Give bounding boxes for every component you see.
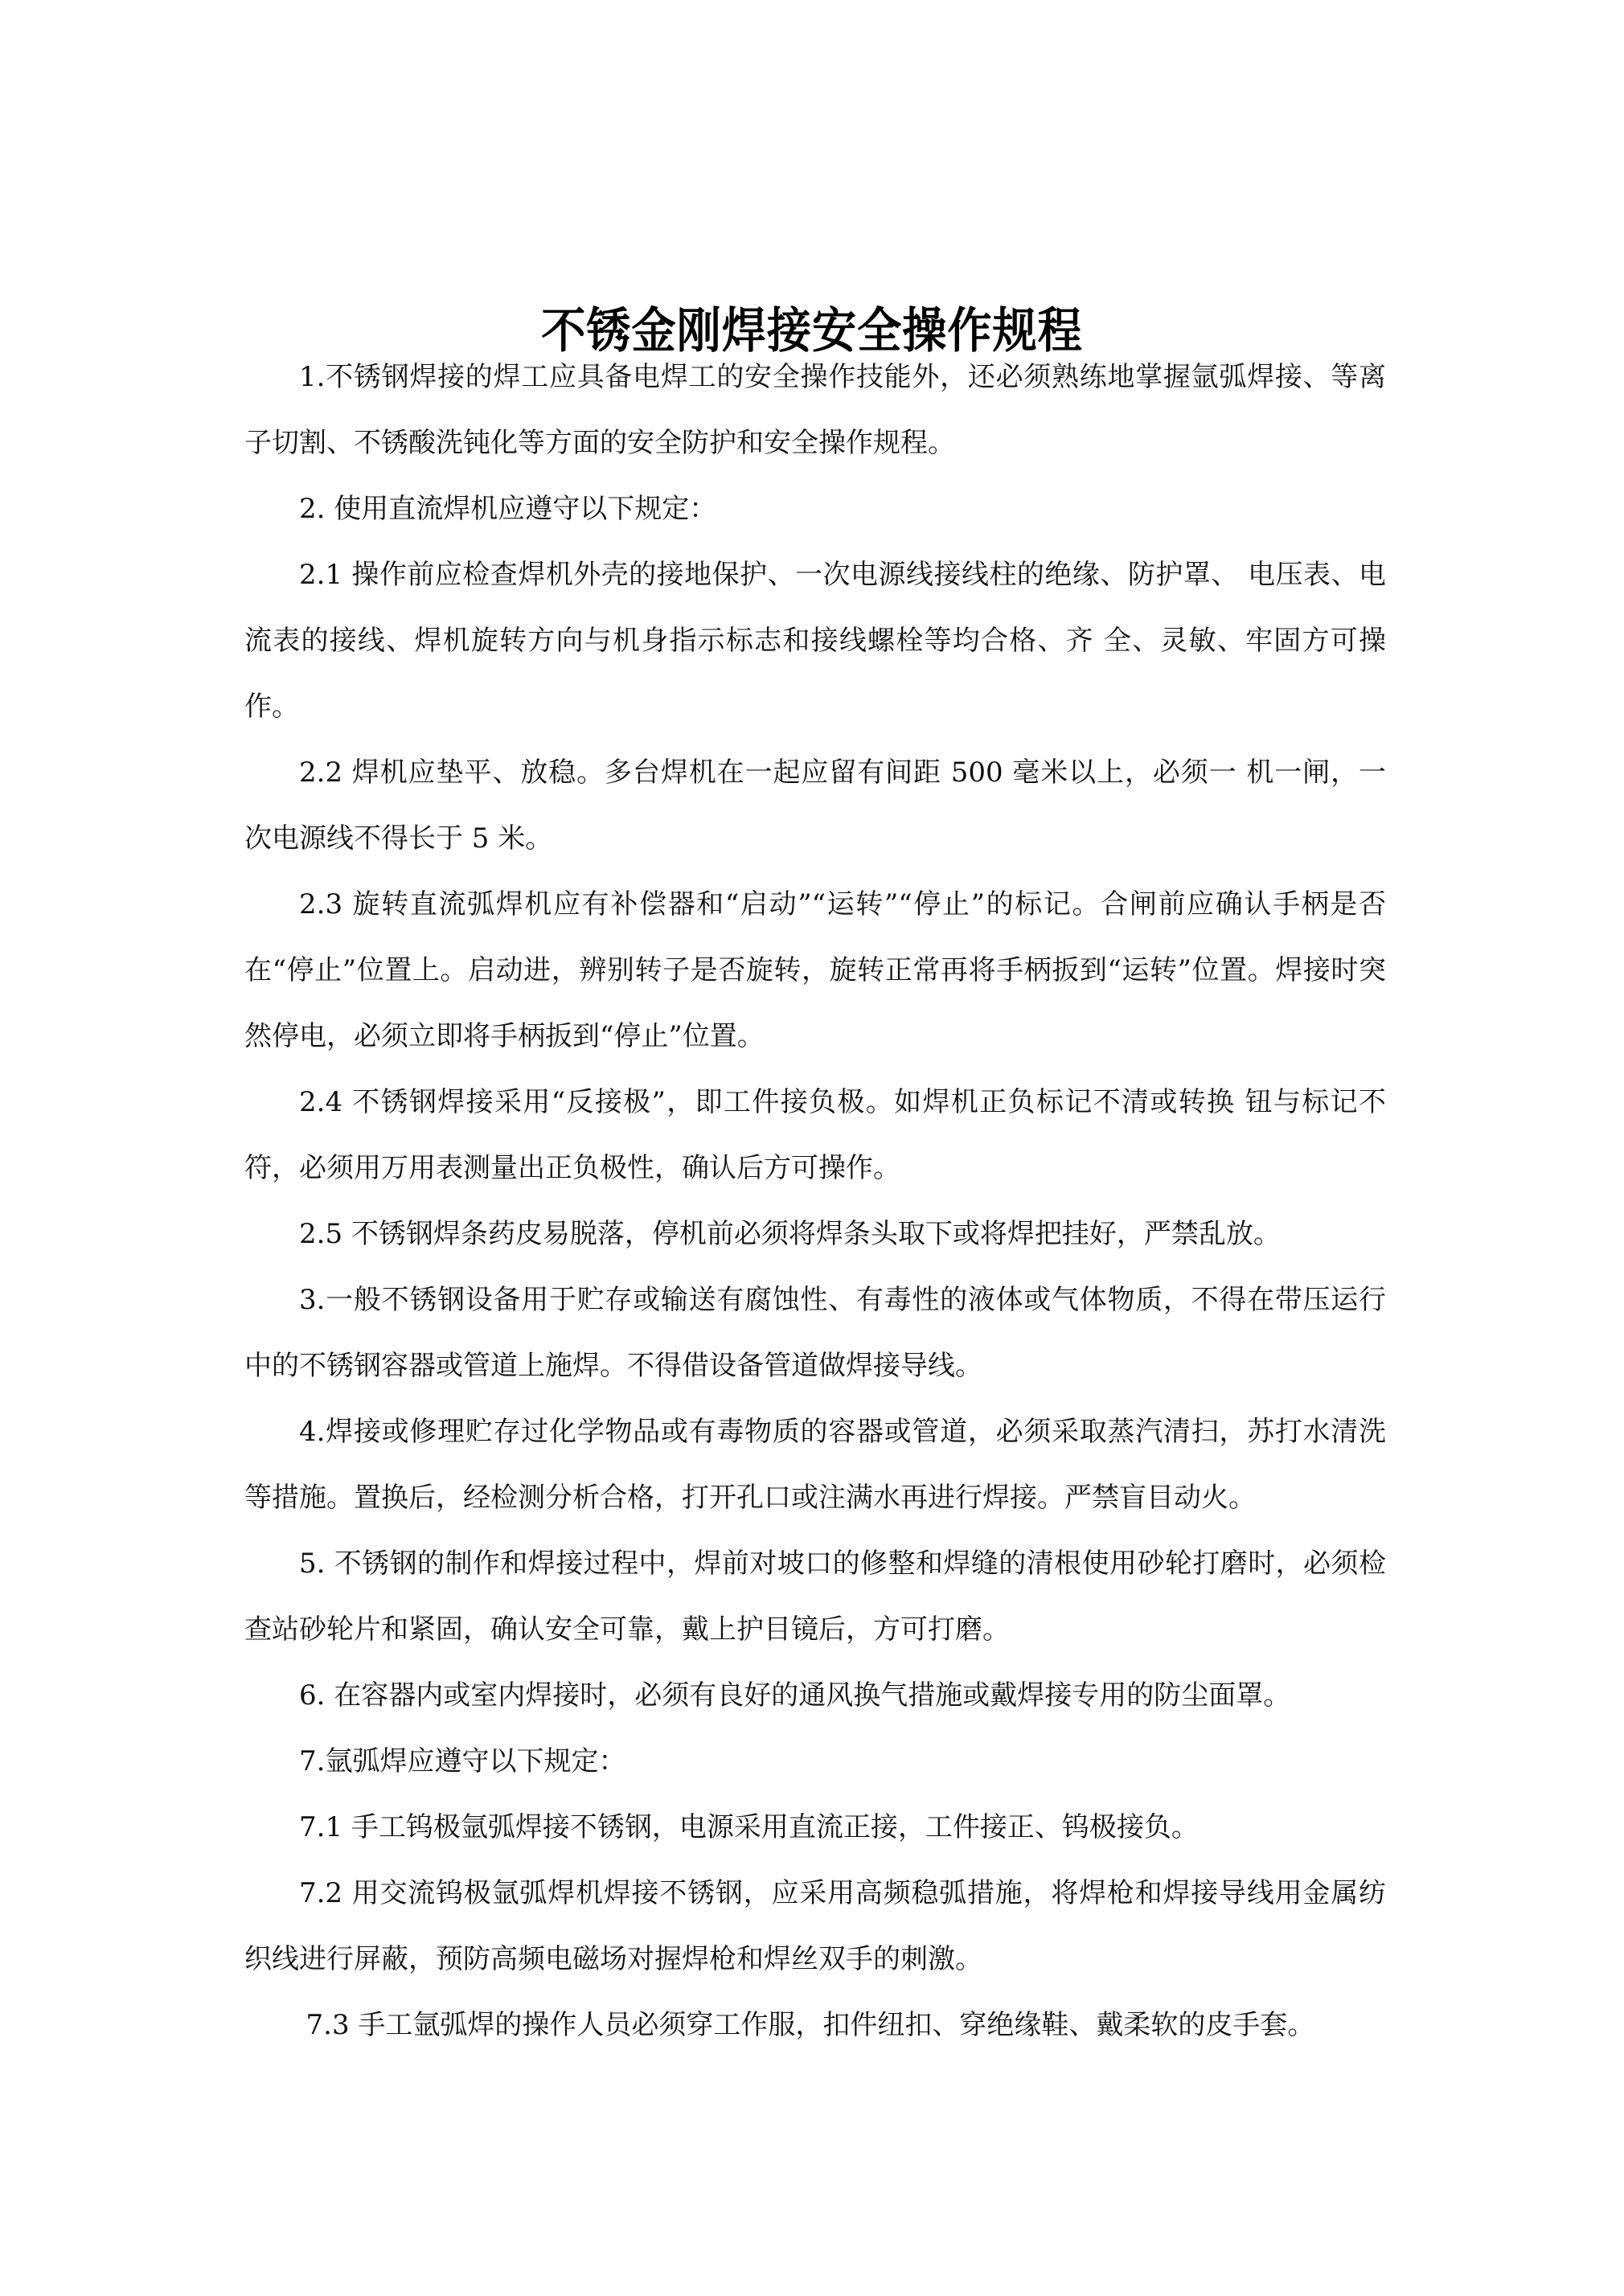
paragraph-2-2: 2.2 焊机应垫平、放稳。多台焊机在一起应留有间距 500 毫米以上，必须一 机… bbox=[244, 740, 1386, 871]
paragraph-5: 5. 不锈钢的制作和焊接过程中，焊前对坡口的修整和焊缝的清根使用砂轮打磨时，必须… bbox=[244, 1531, 1386, 1663]
paragraph-2: 2. 使用直流焊机应遵守以下规定： bbox=[244, 476, 1386, 542]
paragraph-4: 4.焊接或修理贮存过化学物品或有毒物质的容器或管道，必须采取蒸汽清扫，苏打水清洗… bbox=[244, 1399, 1386, 1531]
paragraph-7-2: 7.2 用交流钨极氩弧焊机焊接不锈钢，应采用高频稳弧措施，将焊枪和焊接导线用金属… bbox=[244, 1860, 1386, 1992]
paragraph-7-1: 7.1 手工钨极氩弧焊接不锈钢，电源采用直流正接，工件接正、钨极接负。 bbox=[244, 1794, 1386, 1860]
document-body: 1.不锈钢焊接的焊工应具备电焊工的安全操作技能外，还必须熟练地掌握氩弧焊接、等离… bbox=[244, 344, 1386, 2058]
paragraph-7: 7.氩弧焊应遵守以下规定： bbox=[244, 1728, 1386, 1794]
document-page: 不锈金刚焊接安全操作规程 1.不锈钢焊接的焊工应具备电焊工的安全操作技能外，还必… bbox=[0, 0, 1624, 2296]
paragraph-2-3: 2.3 旋转直流弧焊机应有补偿器和“启动”“运转”“停止”的标记。合闸前应确认手… bbox=[244, 871, 1386, 1069]
paragraph-7-3: 7.3 手工氩弧焊的操作人员必须穿工作服，扣件纽扣、穿绝缘鞋、戴柔软的皮手套。 bbox=[244, 1992, 1386, 2058]
paragraph-2-4: 2.4 不锈钢焊接采用“反接极”，即工件接负极。如焊机正负标记不清或转换 钮与标… bbox=[244, 1069, 1386, 1201]
paragraph-2-5: 2.5 不锈钢焊条药皮易脱落，停机前必须将焊条头取下或将焊把挂好，严禁乱放。 bbox=[244, 1201, 1386, 1267]
paragraph-1: 1.不锈钢焊接的焊工应具备电焊工的安全操作技能外，还必须熟练地掌握氩弧焊接、等离… bbox=[244, 344, 1386, 476]
paragraph-3: 3.一般不锈钢设备用于贮存或输送有腐蚀性、有毒性的液体或气体物质，不得在带压运行… bbox=[244, 1267, 1386, 1399]
paragraph-6: 6. 在容器内或室内焊接时，必须有良好的通风换气措施或戴焊接专用的防尘面罩。 bbox=[244, 1663, 1386, 1728]
paragraph-2-1: 2.1 操作前应检查焊机外壳的接地保护、一次电源线接线柱的绝缘、防护罩、 电压表… bbox=[244, 542, 1386, 740]
